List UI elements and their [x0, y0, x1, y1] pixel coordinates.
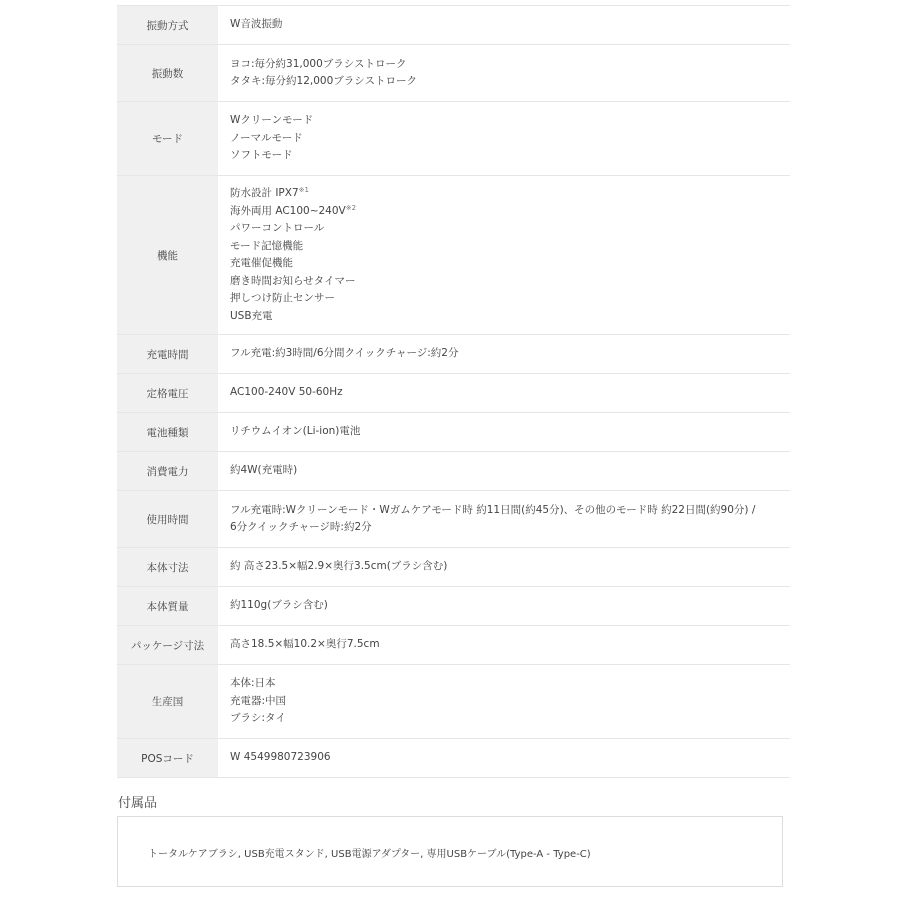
spec-row: 使用時間フル充電時:Wクリーンモード・Wガムケアモード時 約11日間(約45分)… [117, 491, 790, 548]
spec-label: 本体寸法 [117, 548, 218, 587]
spec-value-text: パワーコントロール [230, 222, 324, 234]
spec-label: モード [117, 102, 218, 176]
spec-value-text: Wクリーンモード [230, 114, 313, 126]
spec-value-text: 充電催促機能 [230, 257, 293, 269]
spec-value: W音波振動 [218, 6, 790, 45]
spec-value-text: ソフトモード [230, 149, 293, 161]
spec-value-line: ヨコ:毎分約31,000ブラシストローク [230, 56, 790, 74]
spec-value-line: 充電器:中国 [230, 693, 790, 711]
spec-value-text: フル充電時:Wクリーンモード・Wガムケアモード時 約11日間(約45分)、その他… [230, 504, 755, 516]
spec-value-text: 本体:日本 [230, 677, 276, 689]
spec-value-text: 海外両用 AC100~240V [230, 205, 346, 217]
accessories-heading: 付属品 [118, 792, 157, 811]
spec-label: 本体質量 [117, 587, 218, 626]
spec-value: フル充電時:Wクリーンモード・Wガムケアモード時 約11日間(約45分)、その他… [218, 491, 790, 548]
spec-value-line: USB充電 [230, 308, 790, 326]
spec-label: 機能 [117, 176, 218, 335]
spec-value: W 4549980723906 [218, 739, 790, 778]
spec-value: 本体:日本充電器:中国ブラシ:タイ [218, 665, 790, 739]
spec-value-text: ブラシ:タイ [230, 712, 286, 724]
spec-row: モードWクリーンモードノーマルモードソフトモード [117, 102, 790, 176]
spec-value-line: タタキ:毎分約12,000ブラシストローク [230, 73, 790, 91]
spec-table: 振動方式W音波振動振動数ヨコ:毎分約31,000ブラシストロークタタキ:毎分約1… [117, 5, 790, 778]
spec-value-line: パワーコントロール [230, 220, 790, 238]
spec-value-text: 高さ18.5×幅10.2×奥行7.5cm [230, 638, 380, 650]
spec-value: 約110g(ブラシ含む) [218, 587, 790, 626]
spec-row: パッケージ寸法高さ18.5×幅10.2×奥行7.5cm [117, 626, 790, 665]
spec-label: 消費電力 [117, 452, 218, 491]
spec-row: 本体寸法約 高さ23.5×幅2.9×奥行3.5cm(ブラシ含む) [117, 548, 790, 587]
spec-value-line: 約110g(ブラシ含む) [230, 597, 790, 615]
spec-value-text: 磨き時間お知らせタイマー [230, 275, 355, 287]
spec-value-line: ソフトモード [230, 147, 790, 165]
spec-row: 消費電力約4W(充電時) [117, 452, 790, 491]
spec-value-text: W音波振動 [230, 18, 282, 30]
spec-value-line: W音波振動 [230, 16, 790, 34]
spec-value-text: 約4W(充電時) [230, 464, 297, 476]
spec-table-body: 振動方式W音波振動振動数ヨコ:毎分約31,000ブラシストロークタタキ:毎分約1… [117, 6, 790, 778]
spec-label: 定格電圧 [117, 374, 218, 413]
spec-value-text: ヨコ:毎分約31,000ブラシストローク [230, 58, 406, 70]
spec-row: POSコードW 4549980723906 [117, 739, 790, 778]
spec-value: ヨコ:毎分約31,000ブラシストロークタタキ:毎分約12,000ブラシストロー… [218, 45, 790, 102]
spec-label: 振動方式 [117, 6, 218, 45]
spec-label: 電池種類 [117, 413, 218, 452]
spec-value-line: フル充電時:Wクリーンモード・Wガムケアモード時 約11日間(約45分)、その他… [230, 502, 790, 520]
spec-value-line: AC100-240V 50-60Hz [230, 384, 790, 402]
accessories-text: トータルケアブラシ, USB充電スタンド, USB電源アダプター, 専用USBケ… [148, 845, 591, 860]
spec-value-line: ノーマルモード [230, 130, 790, 148]
spec-row: 振動方式W音波振動 [117, 6, 790, 45]
spec-value-text: AC100-240V 50-60Hz [230, 386, 343, 398]
spec-value-text: リチウムイオン(Li-ion)電池 [230, 425, 360, 437]
spec-label: 使用時間 [117, 491, 218, 548]
spec-value-line: モード記憶機能 [230, 238, 790, 256]
spec-row: 電池種類リチウムイオン(Li-ion)電池 [117, 413, 790, 452]
spec-value-text: 6分クイックチャージ時:約2分 [230, 521, 372, 533]
spec-value-text: W 4549980723906 [230, 751, 331, 763]
spec-value-line: 高さ18.5×幅10.2×奥行7.5cm [230, 636, 790, 654]
spec-value-line: 6分クイックチャージ時:約2分 [230, 519, 790, 537]
spec-value: フル充電:約3時間/6分間クイックチャージ:約2分 [218, 335, 790, 374]
spec-value: AC100-240V 50-60Hz [218, 374, 790, 413]
spec-label: パッケージ寸法 [117, 626, 218, 665]
footnote-mark: ※2 [346, 204, 356, 212]
spec-value-line: フル充電:約3時間/6分間クイックチャージ:約2分 [230, 345, 790, 363]
spec-value: Wクリーンモードノーマルモードソフトモード [218, 102, 790, 176]
accessories-box: トータルケアブラシ, USB充電スタンド, USB電源アダプター, 専用USBケ… [117, 816, 783, 887]
spec-value-line: 本体:日本 [230, 675, 790, 693]
spec-value-line: 約 高さ23.5×幅2.9×奥行3.5cm(ブラシ含む) [230, 558, 790, 576]
spec-value-text: 充電器:中国 [230, 695, 286, 707]
spec-label: 充電時間 [117, 335, 218, 374]
spec-value-text: モード記憶機能 [230, 240, 303, 252]
footnote-mark: ※1 [299, 186, 309, 194]
spec-value-line: 海外両用 AC100~240V※2 [230, 203, 790, 221]
spec-value-text: USB充電 [230, 310, 273, 322]
spec-label: 振動数 [117, 45, 218, 102]
spec-value-text: 押しつけ防止センサー [230, 292, 335, 304]
spec-value-line: Wクリーンモード [230, 112, 790, 130]
spec-row: 振動数ヨコ:毎分約31,000ブラシストロークタタキ:毎分約12,000ブラシス… [117, 45, 790, 102]
spec-value-line: W 4549980723906 [230, 749, 790, 767]
spec-value-text: タタキ:毎分約12,000ブラシストローク [230, 75, 417, 87]
spec-label: 生産国 [117, 665, 218, 739]
spec-value-text: ノーマルモード [230, 132, 303, 144]
spec-value: 高さ18.5×幅10.2×奥行7.5cm [218, 626, 790, 665]
spec-row: 機能防水設計 IPX7※1海外両用 AC100~240V※2パワーコントロールモ… [117, 176, 790, 335]
spec-value: リチウムイオン(Li-ion)電池 [218, 413, 790, 452]
spec-value-text: フル充電:約3時間/6分間クイックチャージ:約2分 [230, 347, 458, 359]
spec-value-line: 押しつけ防止センサー [230, 290, 790, 308]
spec-value-line: リチウムイオン(Li-ion)電池 [230, 423, 790, 441]
spec-value-line: 約4W(充電時) [230, 462, 790, 480]
spec-value: 約 高さ23.5×幅2.9×奥行3.5cm(ブラシ含む) [218, 548, 790, 587]
spec-value-text: 防水設計 IPX7 [230, 187, 299, 199]
spec-row: 生産国本体:日本充電器:中国ブラシ:タイ [117, 665, 790, 739]
spec-value-text: 約110g(ブラシ含む) [230, 599, 328, 611]
spec-value: 約4W(充電時) [218, 452, 790, 491]
spec-row: 定格電圧AC100-240V 50-60Hz [117, 374, 790, 413]
spec-value-text: 約 高さ23.5×幅2.9×奥行3.5cm(ブラシ含む) [230, 560, 447, 572]
spec-value-line: 充電催促機能 [230, 255, 790, 273]
spec-value-line: 防水設計 IPX7※1 [230, 185, 790, 203]
spec-value-line: 磨き時間お知らせタイマー [230, 273, 790, 291]
spec-row: 充電時間フル充電:約3時間/6分間クイックチャージ:約2分 [117, 335, 790, 374]
spec-value-line: ブラシ:タイ [230, 710, 790, 728]
spec-row: 本体質量約110g(ブラシ含む) [117, 587, 790, 626]
spec-value: 防水設計 IPX7※1海外両用 AC100~240V※2パワーコントロールモード… [218, 176, 790, 335]
spec-label: POSコード [117, 739, 218, 778]
